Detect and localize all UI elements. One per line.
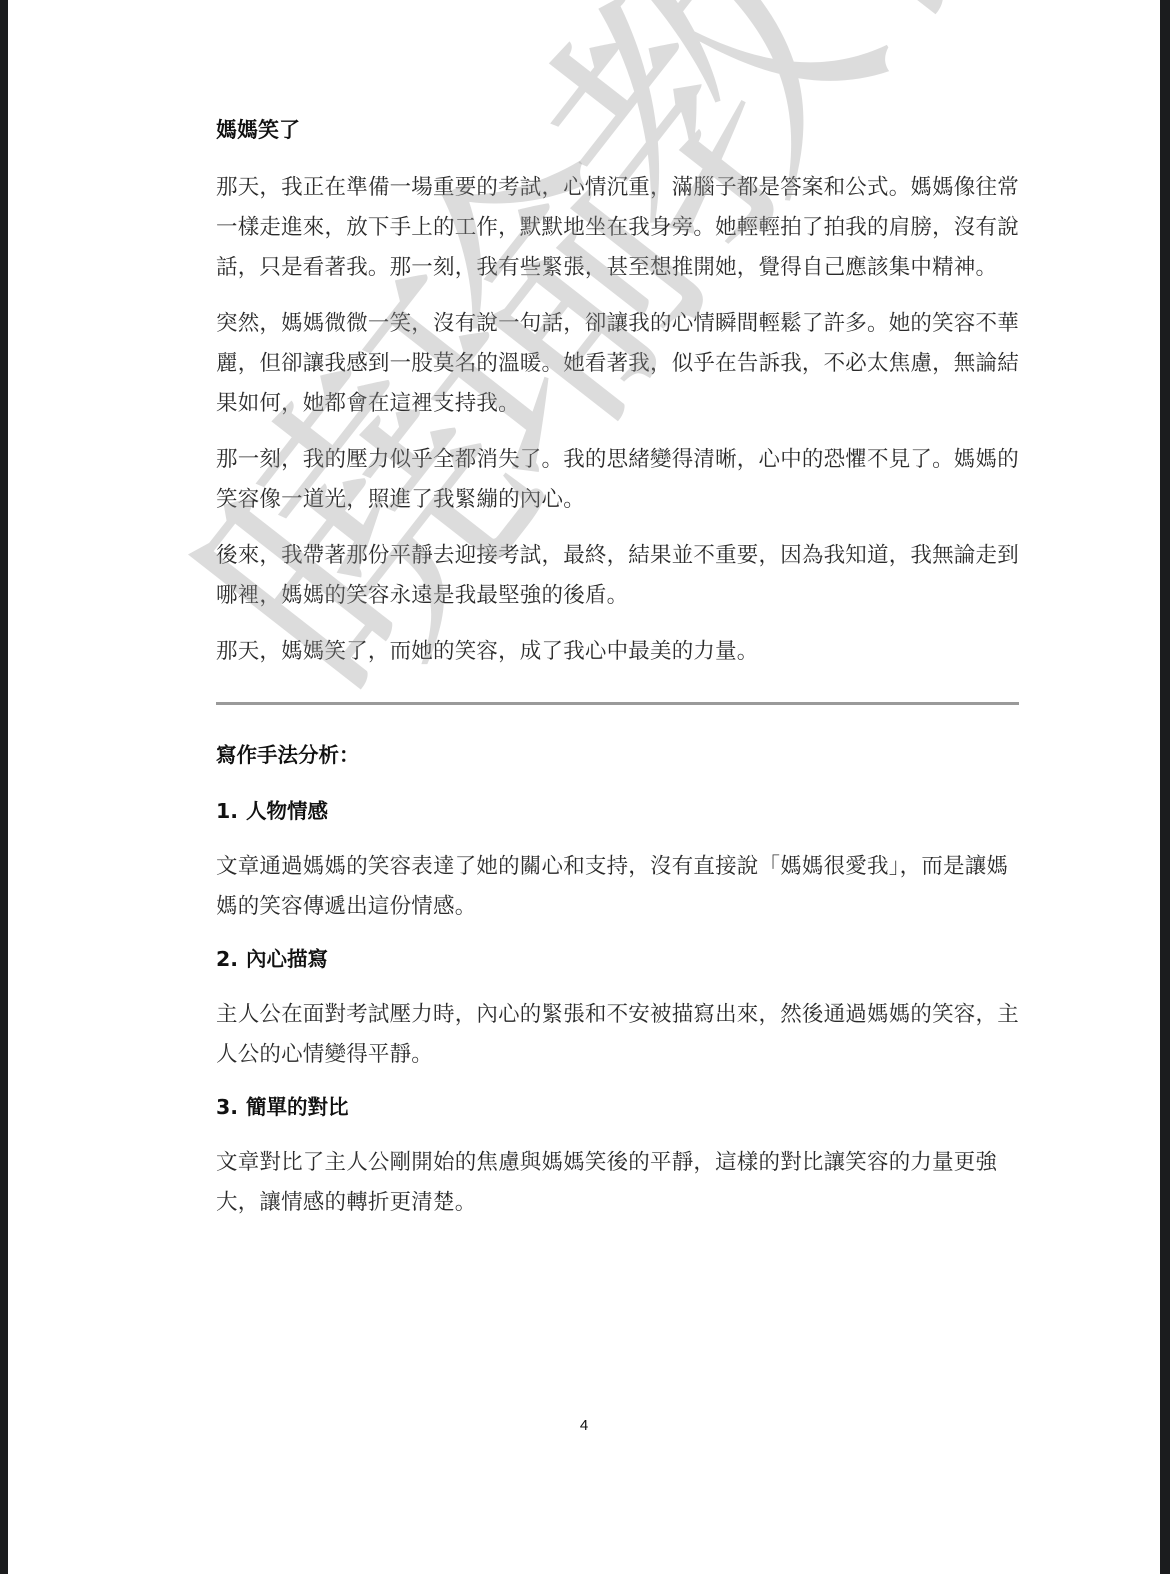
document-page: 曉瑜教育 媽媽笑了 那天，我正在準備一場重要的考試，心情沉重，滿腦子都是答案和公… bbox=[8, 0, 1160, 1574]
analysis-item-3-heading: 3.簡單的對比 bbox=[216, 1091, 1026, 1123]
section-divider bbox=[216, 702, 1019, 705]
analysis-item-3-title: 簡單的對比 bbox=[246, 1095, 349, 1119]
page-number: 4 bbox=[8, 1417, 1160, 1434]
essay-title: 媽媽笑了 bbox=[216, 114, 1026, 146]
analysis-item-2-title: 內心描寫 bbox=[246, 947, 328, 971]
essay-paragraph-4: 後來，我帶著那份平靜去迎接考試，最終，結果並不重要，因為我知道，我無論走到哪裡，… bbox=[216, 536, 1026, 616]
analysis-item-2-heading: 2.內心描寫 bbox=[216, 943, 1026, 975]
analysis-item-2-number: 2. bbox=[216, 943, 246, 975]
essay-paragraph-2: 突然，媽媽微微一笑，沒有說一句話，卻讓我的心情瞬間輕鬆了許多。她的笑容不華麗，但… bbox=[216, 304, 1026, 424]
analysis-item-3-text: 文章對比了主人公剛開始的焦慮與媽媽笑後的平靜，這樣的對比讓笑容的力量更強大，讓情… bbox=[216, 1143, 1026, 1223]
analysis-item-2-text: 主人公在面對考試壓力時，內心的緊張和不安被描寫出來，然後通過媽媽的笑容，主人公的… bbox=[216, 995, 1026, 1075]
analysis-heading: 寫作手法分析： bbox=[216, 739, 1026, 771]
page-content: 媽媽笑了 那天，我正在準備一場重要的考試，心情沉重，滿腦子都是答案和公式。媽媽像… bbox=[216, 114, 1026, 1239]
essay-paragraph-5: 那天，媽媽笑了，而她的笑容，成了我心中最美的力量。 bbox=[216, 632, 1026, 672]
analysis-item-1-text: 文章通過媽媽的笑容表達了她的關心和支持，沒有直接說「媽媽很愛我」，而是讓媽媽的笑… bbox=[216, 847, 1026, 927]
analysis-item-1-heading: 1.人物情感 bbox=[216, 795, 1026, 827]
analysis-item-3-number: 3. bbox=[216, 1091, 246, 1123]
essay-paragraph-3: 那一刻，我的壓力似乎全都消失了。我的思緒變得清晰，心中的恐懼不見了。媽媽的笑容像… bbox=[216, 440, 1026, 520]
analysis-item-1-number: 1. bbox=[216, 795, 246, 827]
essay-paragraph-1: 那天，我正在準備一場重要的考試，心情沉重，滿腦子都是答案和公式。媽媽像往常一樣走… bbox=[216, 168, 1026, 288]
analysis-item-1-title: 人物情感 bbox=[246, 799, 328, 823]
